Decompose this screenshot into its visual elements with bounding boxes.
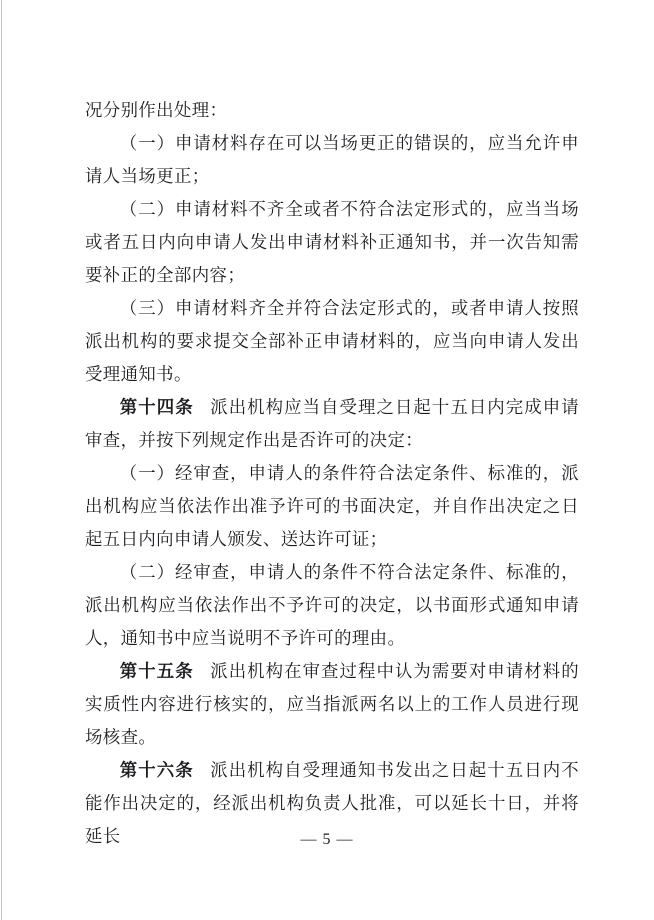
paragraph-item-1: （一）申请材料存在可以当场更正的错误的，应当允许申请人当场更正； xyxy=(85,127,579,193)
paragraph-text: （一）经审查，申请人的条件符合法定条件、标准的，派出机构应当依法作出准予许可的书… xyxy=(85,463,579,549)
paragraph-article-14: 第十四条派出机构应当自受理之日起十五日内完成申请审查，并按下列规定作出是否许可的… xyxy=(85,391,579,457)
paragraph-text: （三）申请材料齐全并符合法定形式的，或者申请人按照派出机构的要求提交全部补正申请… xyxy=(85,298,579,384)
page-number: — 5 — xyxy=(0,830,654,850)
paragraph-article-15: 第十五条派出机构在审查过程中认为需要对申请材料的实质性内容进行核实的，应当指派两… xyxy=(85,655,579,754)
paragraph-text: 况分别作出处理： xyxy=(85,100,227,120)
article-number: 第十五条 xyxy=(120,661,194,681)
paragraph-item-2-of-14: （二）经审查，申请人的条件不符合法定条件、标准的，派出机构应当依法作出不予许可的… xyxy=(85,556,579,655)
article-number: 第十六条 xyxy=(120,760,194,780)
paragraph-continuation: 况分别作出处理： xyxy=(85,94,579,127)
document-page: 况分别作出处理： （一）申请材料存在可以当场更正的错误的，应当允许申请人当场更正… xyxy=(0,0,654,920)
paragraph-item-1-of-14: （一）经审查，申请人的条件符合法定条件、标准的，派出机构应当依法作出准予许可的书… xyxy=(85,457,579,556)
document-body: 况分别作出处理： （一）申请材料存在可以当场更正的错误的，应当允许申请人当场更正… xyxy=(85,94,579,853)
article-number: 第十四条 xyxy=(120,397,194,417)
paragraph-text: （二）经审查，申请人的条件不符合法定条件、标准的，派出机构应当依法作出不予许可的… xyxy=(85,562,579,648)
paragraph-text: （二）申请材料不齐全或者不符合法定形式的，应当当场或者五日内向申请人发出申请材料… xyxy=(85,199,579,285)
scan-edge-line xyxy=(1,0,2,920)
paragraph-item-2: （二）申请材料不齐全或者不符合法定形式的，应当当场或者五日内向申请人发出申请材料… xyxy=(85,193,579,292)
paragraph-text: （一）申请材料存在可以当场更正的错误的，应当允许申请人当场更正； xyxy=(85,133,579,186)
paragraph-item-3: （三）申请材料齐全并符合法定形式的，或者申请人按照派出机构的要求提交全部补正申请… xyxy=(85,292,579,391)
